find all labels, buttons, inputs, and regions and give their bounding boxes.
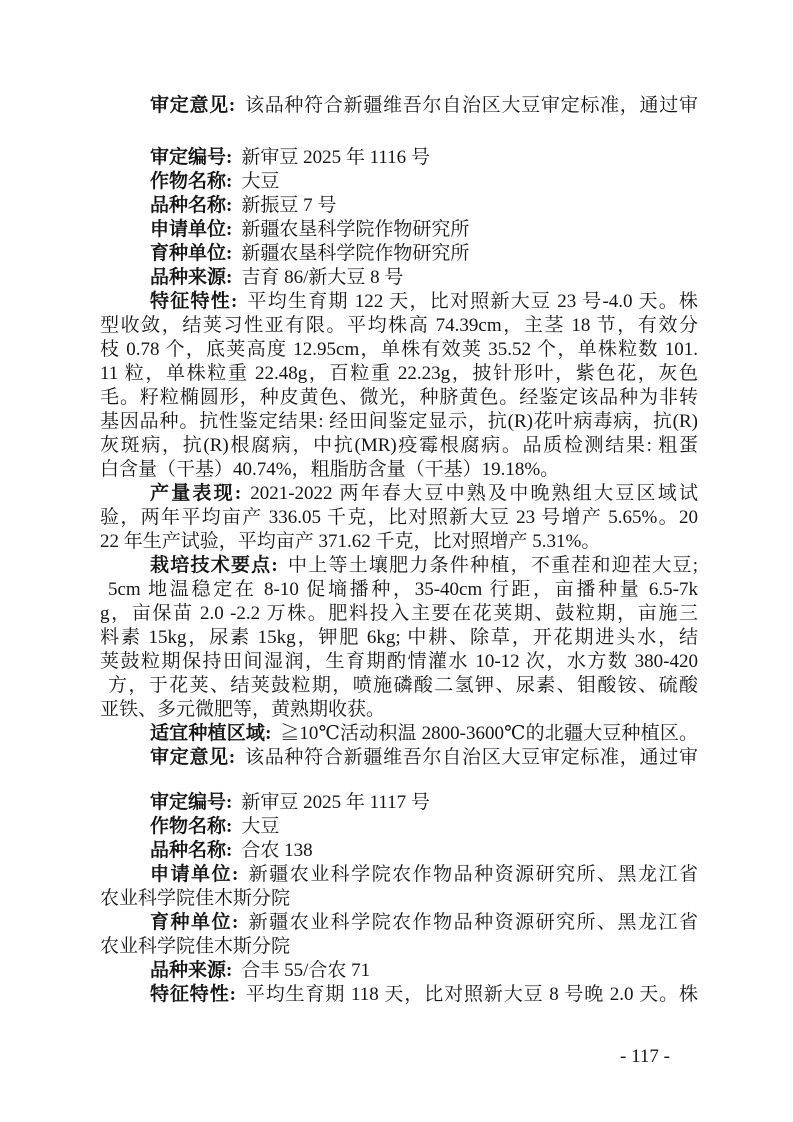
variety-name-line: 品种名称:合农 138 xyxy=(100,839,698,863)
field-label: 审定意见: xyxy=(150,95,235,116)
body-line: g，亩保苗 2.0 -2.2 万株。肥料投入主要在花荚期、鼓粒期，亩施三 xyxy=(100,602,698,626)
field-value: 新疆农垦科学院作物研究所 xyxy=(241,243,469,264)
applicant-line: 申请单位:新疆农垦科学院作物研究所 xyxy=(100,218,698,242)
body-text: 灰斑病，抗(R)根腐病，中抗(MR)疫霉根腐病。品质检测结果: 粗蛋 xyxy=(100,435,698,456)
body-text: 料素 15kg，尿素 15kg，钾肥 6kg; 中耕、除草，开花期进头水，结 xyxy=(100,627,698,648)
field-label: 栽培技术要点: xyxy=(150,555,278,576)
variety-origin-line: 品种来源:合丰 55/合农 71 xyxy=(100,959,698,983)
body-text: 5cm 地温稳定在 8-10 促墒播种，35-40cm 行距，亩播种量 6.5-… xyxy=(108,579,698,600)
breeder-line: 育种单位:新疆农业科学院农作物品种资源研究所、黑龙江省 xyxy=(100,911,698,935)
field-label: 品种来源: xyxy=(150,267,232,288)
field-value: ≧10℃活动积温 2800-3600℃的北疆大豆种植区。 xyxy=(280,723,698,744)
body-line: 料素 15kg，尿素 15kg，钾肥 6kg; 中耕、除草，开花期进头水，结 xyxy=(100,626,698,650)
page-number: - 117 - xyxy=(100,1045,698,1069)
field-value: 新审豆 2025 年 1117 号 xyxy=(241,792,430,813)
characteristics-line: 特征特性:平均生育期 118 天，比对照新大豆 8 号晚 2.0 天。株 xyxy=(100,983,698,1007)
breeder-line: 育种单位:新疆农垦科学院作物研究所 xyxy=(100,242,698,266)
field-value: 中上等土壤肥力条件种植，不重茬和迎茬大豆; xyxy=(287,555,698,576)
field-label: 适宜种植区域: xyxy=(150,723,271,744)
field-label: 育种单位: xyxy=(150,912,238,933)
field-label: 审定编号: xyxy=(150,792,232,813)
field-label: 作物名称: xyxy=(150,171,232,192)
body-line: 灰斑病，抗(R)根腐病，中抗(MR)疫霉根腐病。品质检测结果: 粗蛋 xyxy=(100,434,698,458)
field-value: 新疆农垦科学院作物研究所 xyxy=(241,219,469,240)
body-text: 枝 0.78 个，底荚高度 12.95cm，单株有效荚 35.52 个，单株粒数… xyxy=(100,339,698,360)
body-line: 亚铁、多元微肥等，黄熟期收获。 xyxy=(100,698,698,722)
field-value: 平均生育期 122 天，比对照新大豆 23 号-4.0 天。株 xyxy=(246,291,698,312)
body-text: 农业科学院佳木斯分院 xyxy=(100,936,290,957)
body-text: 22 年生产试验，平均亩产 371.62 千克，比对照增产 5.31%。 xyxy=(100,531,600,552)
body-text: 验，两年平均亩产 336.05 千克，比对照新大豆 23 号增产 5.65%。2… xyxy=(100,507,698,528)
field-label: 特征特性: xyxy=(150,984,236,1005)
body-text: 荚鼓粒期保持田间湿润，生育期酌情灌水 10-12 次，水方数 380-420 xyxy=(100,651,698,672)
document-page: 审定意见:该品种符合新疆维吾尔自治区大豆审定标准，通过审定。 审定编号:新审豆 … xyxy=(0,0,793,1122)
field-label: 产量表现: xyxy=(150,483,241,504)
body-line: 农业科学院佳木斯分院 xyxy=(100,887,698,911)
applicant-line: 申请单位:新疆农业科学院农作物品种资源研究所、黑龙江省 xyxy=(100,863,698,887)
body-text: 基因品种。抗性鉴定结果: 经田间鉴定显示，抗(R)花叶病毒病，抗(R) xyxy=(100,411,698,432)
body-text: g，亩保苗 2.0 -2.2 万株。肥料投入主要在花荚期、鼓粒期，亩施三 xyxy=(100,603,698,624)
body-text: 农业科学院佳木斯分院 xyxy=(100,888,290,909)
certification-number-line: 审定编号:新审豆 2025 年 1117 号 xyxy=(100,791,698,815)
body-text: 11 粒，单株粒重 22.48g，百粒重 22.23g，披针形叶，紫色花，灰色 xyxy=(100,363,698,384)
certification-opinion-line: 审定意见:该品种符合新疆维吾尔自治区大豆审定标准，通过审定。 xyxy=(100,746,698,770)
body-line: 型收敛，结荚习性亚有限。平均株高 74.39cm，主茎 18 节，有效分 xyxy=(100,314,698,338)
suitable-region-line: 适宜种植区域:≧10℃活动积温 2800-3600℃的北疆大豆种植区。 xyxy=(100,722,698,746)
yield-performance-line: 产量表现:2021-2022 两年春大豆中熟及中晚熟组大豆区域试 xyxy=(100,482,698,506)
field-value: 合丰 55/合农 71 xyxy=(241,960,370,981)
body-line: 基因品种。抗性鉴定结果: 经田间鉴定显示，抗(R)花叶病毒病，抗(R) xyxy=(100,410,698,434)
document-text-block: 审定意见:该品种符合新疆维吾尔自治区大豆审定标准，通过审定。 审定编号:新审豆 … xyxy=(100,94,698,1069)
body-text: 白含量（干基）40.74%，粗脂肪含量（干基）19.18%。 xyxy=(100,459,559,480)
body-line: 验，两年平均亩产 336.05 千克，比对照新大豆 23 号增产 5.65%。2… xyxy=(100,506,698,530)
paragraph-spacer xyxy=(100,770,698,791)
paragraph-spacer xyxy=(100,118,698,146)
field-label: 品种名称: xyxy=(150,195,232,216)
crop-name-line: 作物名称:大豆 xyxy=(100,170,698,194)
field-label: 品种来源: xyxy=(150,960,232,981)
field-value: 新疆农业科学院农作物品种资源研究所、黑龙江省 xyxy=(247,864,698,885)
field-label: 作物名称: xyxy=(150,816,232,837)
certification-number-line: 审定编号:新审豆 2025 年 1116 号 xyxy=(100,146,698,170)
body-text: 方，于花荚、结荚鼓粒期，喷施磷酸二氢钾、尿素、钼酸铵、硫酸 xyxy=(108,675,698,696)
body-line: 方，于花荚、结荚鼓粒期，喷施磷酸二氢钾、尿素、钼酸铵、硫酸 xyxy=(100,674,698,698)
field-value: 新审豆 2025 年 1116 号 xyxy=(241,147,430,168)
body-line: 11 粒，单株粒重 22.48g，百粒重 22.23g，披针形叶，紫色花，灰色 xyxy=(100,362,698,386)
crop-name-line: 作物名称:大豆 xyxy=(100,815,698,839)
field-label: 品种名称: xyxy=(150,840,232,861)
field-label: 审定编号: xyxy=(150,147,232,168)
certification-opinion-line: 审定意见:该品种符合新疆维吾尔自治区大豆审定标准，通过审定。 xyxy=(100,94,698,118)
body-line: 白含量（干基）40.74%，粗脂肪含量（干基）19.18%。 xyxy=(100,458,698,482)
variety-origin-line: 品种来源:吉育 86/新大豆 8 号 xyxy=(100,266,698,290)
field-value: 吉育 86/新大豆 8 号 xyxy=(241,267,403,288)
body-text: 毛。籽粒椭圆形，种皮黄色、微光，种脐黄色。经鉴定该品种为非转 xyxy=(100,387,698,408)
field-label: 育种单位: xyxy=(150,243,232,264)
body-line: 5cm 地温稳定在 8-10 促墒播种，35-40cm 行距，亩播种量 6.5-… xyxy=(100,578,698,602)
field-label: 特征特性: xyxy=(150,291,237,312)
characteristics-line: 特征特性:平均生育期 122 天，比对照新大豆 23 号-4.0 天。株 xyxy=(100,290,698,314)
field-label: 审定意见: xyxy=(150,747,235,768)
body-line: 22 年生产试验，平均亩产 371.62 千克，比对照增产 5.31%。 xyxy=(100,530,698,554)
body-text: 型收敛，结荚习性亚有限。平均株高 74.39cm，主茎 18 节，有效分 xyxy=(100,315,698,336)
field-label: 申请单位: xyxy=(150,219,232,240)
variety-name-line: 品种名称:新振豆 7 号 xyxy=(100,194,698,218)
field-value: 大豆 xyxy=(241,171,279,192)
field-value: 合农 138 xyxy=(241,840,312,861)
field-value: 平均生育期 118 天，比对照新大豆 8 号晚 2.0 天。株 xyxy=(245,984,698,1005)
body-line: 枝 0.78 个，底荚高度 12.95cm，单株有效荚 35.52 个，单株粒数… xyxy=(100,338,698,362)
field-value: 大豆 xyxy=(241,816,279,837)
body-line: 农业科学院佳木斯分院 xyxy=(100,935,698,959)
body-line: 毛。籽粒椭圆形，种皮黄色、微光，种脐黄色。经鉴定该品种为非转 xyxy=(100,386,698,410)
field-label: 申请单位: xyxy=(150,864,238,885)
cultivation-techniques-line: 栽培技术要点:中上等土壤肥力条件种植，不重茬和迎茬大豆; xyxy=(100,554,698,578)
body-text: 亚铁、多元微肥等，黄熟期收获。 xyxy=(100,699,385,720)
field-value: 新疆农业科学院农作物品种资源研究所、黑龙江省 xyxy=(247,912,698,933)
body-line: 荚鼓粒期保持田间湿润，生育期酌情灌水 10-12 次，水方数 380-420 xyxy=(100,650,698,674)
field-value: 新振豆 7 号 xyxy=(241,195,336,216)
field-value: 2021-2022 两年春大豆中熟及中晚熟组大豆区域试 xyxy=(250,483,698,504)
